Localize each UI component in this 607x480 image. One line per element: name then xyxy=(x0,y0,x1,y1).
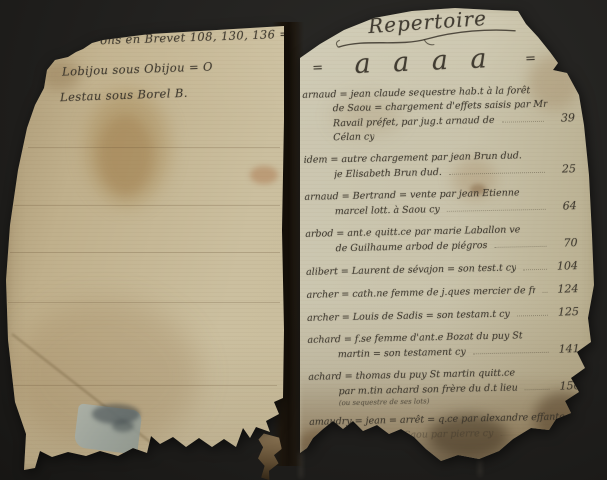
dotted-leader xyxy=(524,269,548,270)
entry-row: amaudry = jean = arrêt = q.ce par alexan… xyxy=(309,410,582,445)
entry-page-number: 150 xyxy=(554,379,580,394)
dotted-leader xyxy=(447,209,546,212)
entry-text: marcel lott. à Saou cy xyxy=(335,203,440,219)
entry-line: archer = Louis de Sadis = son testam.t c… xyxy=(307,305,579,326)
entry-page-number: 64 xyxy=(551,199,577,214)
entry-line: archer = cath.ne femme de j.ques mercier… xyxy=(306,282,578,303)
entry-page-number: 39 xyxy=(549,111,575,126)
entry-row: archer = Louis de Sadis = son testam.t c… xyxy=(307,305,579,326)
entry-text: je Elisabeth Brun dud. xyxy=(334,166,442,182)
dotted-leader xyxy=(543,292,548,293)
entry-row: idem = autre chargement par jean Brun du… xyxy=(304,148,577,183)
dotted-leader xyxy=(517,315,548,317)
entry-page-number: 205 xyxy=(555,424,581,439)
right-page-wrap: Repertoire = a a a a = arnaud = jean cla… xyxy=(0,0,607,480)
entry-row: achard = f.se femme d'ant.e Bozat du puy… xyxy=(307,328,580,363)
entry-text: de Guilhaume arbod de piégros xyxy=(335,239,487,256)
entry-row: archer = cath.ne femme de j.ques mercier… xyxy=(306,282,578,303)
entry-text: archer = Louis de Sadis = son testam.t c… xyxy=(307,308,510,326)
equals-mark: = xyxy=(312,60,324,81)
entry-page-number: 124 xyxy=(552,282,578,297)
entry-row: achard = thomas du puy St martin quitt.c… xyxy=(308,365,581,408)
entry-text: alibert = Laurent de sévajon = son test.… xyxy=(306,261,517,279)
entry-line: alibert = Laurent de sévajon = son test.… xyxy=(306,259,578,280)
equals-mark: = xyxy=(525,51,537,72)
stain xyxy=(300,428,342,458)
entry-page-number: 125 xyxy=(553,305,579,320)
entry-page-number: 104 xyxy=(552,259,578,274)
entries-list: arnaud = jean claude sequestre hab.t à l… xyxy=(302,83,582,453)
dotted-leader xyxy=(525,389,550,391)
entry-text: Célan cy xyxy=(333,130,375,145)
letter-a-heading: a a a a xyxy=(354,43,494,80)
entry-page-number: 25 xyxy=(550,162,576,177)
dotted-leader xyxy=(502,121,544,123)
photo-backdrop: ons en Brevet 108, 130, 136 = Lobijou so… xyxy=(0,0,607,480)
entry-text: (ou sequestre de ses lots) xyxy=(339,397,430,407)
dotted-leader xyxy=(494,246,546,248)
entry-text: de Soyans et Saou par pierre cy xyxy=(339,427,493,444)
entry-row: alibert = Laurent de sévajon = son test.… xyxy=(306,259,578,280)
entry-line: de Soyans et Saou par pierre cy205 xyxy=(309,424,581,445)
dotted-leader xyxy=(500,434,550,436)
right-page: Repertoire = a a a a = arnaud = jean cla… xyxy=(0,0,607,480)
entry-page-number: 70 xyxy=(551,236,577,251)
entry-page-number: 141 xyxy=(554,342,580,357)
entry-row: arnaud = Bertrand = vente par jean Etien… xyxy=(304,185,577,220)
dotted-leader xyxy=(473,352,549,355)
entry-text: martin = son testament cy xyxy=(338,346,466,363)
entry-row: arnaud = jean claude sequestre hab.t à l… xyxy=(302,83,575,146)
entry-text: archer = cath.ne femme de j.ques mercier… xyxy=(306,284,536,303)
dotted-leader xyxy=(449,172,545,175)
entry-row: arbod = ant.e quitt.ce par marie Laballo… xyxy=(305,222,578,257)
